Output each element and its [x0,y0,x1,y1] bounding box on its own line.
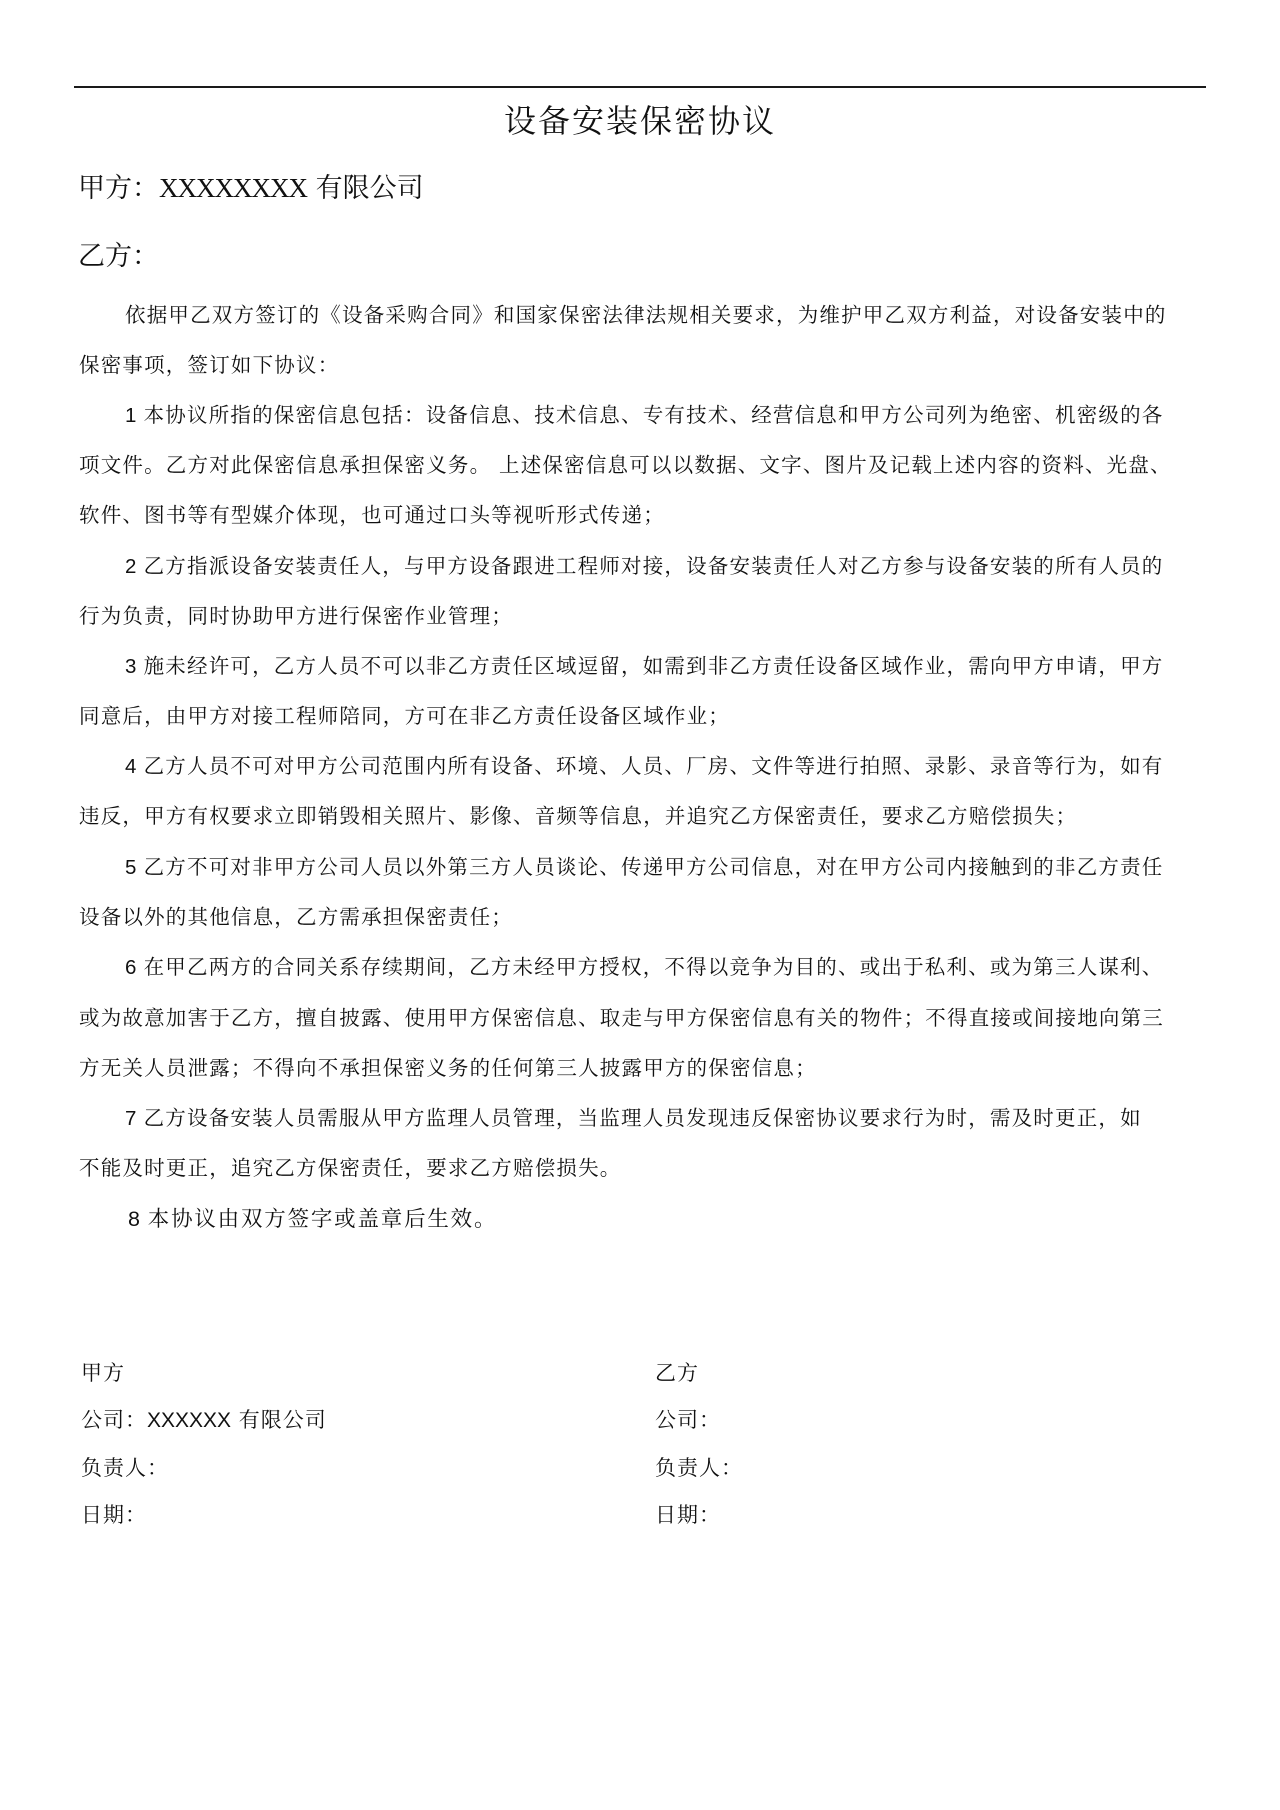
document-title: 设备安装保密协议 [0,100,1280,142]
party-b-label: 乙方： [78,241,159,272]
signature-party-a-company: 公司：XXXXXX 有限公司 [81,1405,327,1436]
clause-text: 本协议由双方签字或盖章后生效。 [148,1207,498,1232]
signature-party-a-person: 负责人： [81,1453,169,1483]
clause-text: 本协议所指的保密信息包括：设备信息、技术信息、专有技术、经营信息和甲方公司列为绝… [144,403,1164,427]
clause-7-line: 不能及时更正，追究乙方保密责任，要求乙方赔偿损失。 [79,1153,622,1183]
party-a-line: 甲方：XXXXXXXX 有限公司 [78,170,424,207]
signature-party-b-person: 负责人： [655,1453,743,1483]
company-label: 公司： [81,1408,147,1432]
company-suffix: 有限公司 [231,1408,327,1432]
party-b-line: 乙方： [78,239,159,275]
preamble-line: 保密事项，签订如下协议： [79,350,339,380]
clause-8-line: 8本协议由双方签字或盖章后生效。 [128,1204,497,1235]
signature-party-a-heading: 甲方 [81,1358,125,1388]
preamble-line: 依据甲乙双方签订的《设备采购合同》和国家保密法律法规相关要求，为维护甲乙双方利益… [125,300,1167,330]
clause-3-line: 3施未经许可，乙方人员不可以非乙方责任区域逗留，如需到非乙方责任设备区域作业，需… [125,651,1164,682]
clause-number: 8 [128,1207,142,1231]
party-a-label: 甲方： [78,173,159,204]
clause-5-line: 5乙方不可对非甲方公司人员以外第三方人员谈论、传递甲方公司信息，对在甲方公司内接… [125,852,1164,883]
clause-4-line: 4乙方人员不可对甲方公司范围内所有设备、环境、人员、厂房、文件等进行拍照、录影、… [125,751,1164,782]
clause-7-line: 7乙方设备安装人员需服从甲方监理人员管理，当监理人员发现违反保密协议要求行为时，… [125,1103,1142,1134]
clause-1-line: 项文件。乙方对此保密信息承担保密义务。 上述保密信息可以以数据、文字、图片及记载… [79,450,1172,480]
clause-4-line: 违反，甲方有权要求立即销毁相关照片、影像、音频等信息，并追究乙方保密责任，要求乙… [79,801,1077,831]
clause-number: 5 [125,856,138,879]
clause-number: 6 [125,956,138,979]
clause-text: 乙方指派设备安装责任人，与甲方设备跟进工程师对接，设备安装责任人对乙方参与设备安… [144,554,1164,578]
header-rule [74,86,1206,88]
clause-1-line: 1本协议所指的保密信息包括：设备信息、技术信息、专有技术、经营信息和甲方公司列为… [125,400,1164,431]
signature-party-b-date: 日期： [655,1500,721,1530]
clause-6-line: 方无关人员泄露；不得向不承担保密义务的任何第三人披露甲方的保密信息； [79,1053,817,1083]
signature-party-b-heading: 乙方 [655,1358,699,1388]
clause-3-line: 同意后，由甲方对接工程师陪同，方可在非乙方责任设备区域作业； [79,701,730,731]
clause-6-line: 或为故意加害于乙方，擅自披露、使用甲方保密信息、取走与甲方保密信息有关的物件；不… [79,1003,1164,1033]
clause-text: 施未经许可，乙方人员不可以非乙方责任区域逗留，如需到非乙方责任设备区域作业，需向… [144,654,1164,678]
clause-5-line: 设备以外的其他信息，乙方需承担保密责任； [79,902,513,932]
party-a-company-name: XXXXXXXX [159,173,307,203]
signature-party-a-date: 日期： [81,1500,147,1530]
clause-text: 在甲乙两方的合同关系存续期间，乙方未经甲方授权，不得以竞争为目的、或出于私利、或… [144,955,1164,979]
signature-party-b-company: 公司： [655,1405,721,1435]
clause-number: 4 [125,755,138,778]
clause-number: 3 [125,655,138,678]
clause-text: 乙方设备安装人员需服从甲方监理人员管理，当监理人员发现违反保密协议要求行为时，需… [144,1106,1142,1130]
clause-6-line: 6在甲乙两方的合同关系存续期间，乙方未经甲方授权，不得以竞争为目的、或出于私利、… [125,952,1164,983]
document-page: 设备安装保密协议 甲方：XXXXXXXX 有限公司 乙方： 依据甲乙双方签订的《… [0,0,1280,1810]
clause-2-line: 行为负责，同时协助甲方进行保密作业管理； [79,601,513,631]
clause-number: 1 [125,404,138,427]
party-a-company-suffix: 有限公司 [307,173,424,204]
company-value: XXXXXX [147,1409,231,1432]
clause-text: 乙方人员不可对甲方公司范围内所有设备、环境、人员、厂房、文件等进行拍照、录影、录… [144,754,1164,778]
clause-text: 乙方不可对非甲方公司人员以外第三方人员谈论、传递甲方公司信息，对在甲方公司内接触… [144,855,1164,879]
clause-2-line: 2乙方指派设备安装责任人，与甲方设备跟进工程师对接，设备安装责任人对乙方参与设备… [125,551,1164,582]
clause-number: 7 [125,1107,138,1130]
clause-number: 2 [125,555,138,578]
clause-1-line: 软件、图书等有型媒介体现，也可通过口头等视听形式传递； [79,500,665,530]
